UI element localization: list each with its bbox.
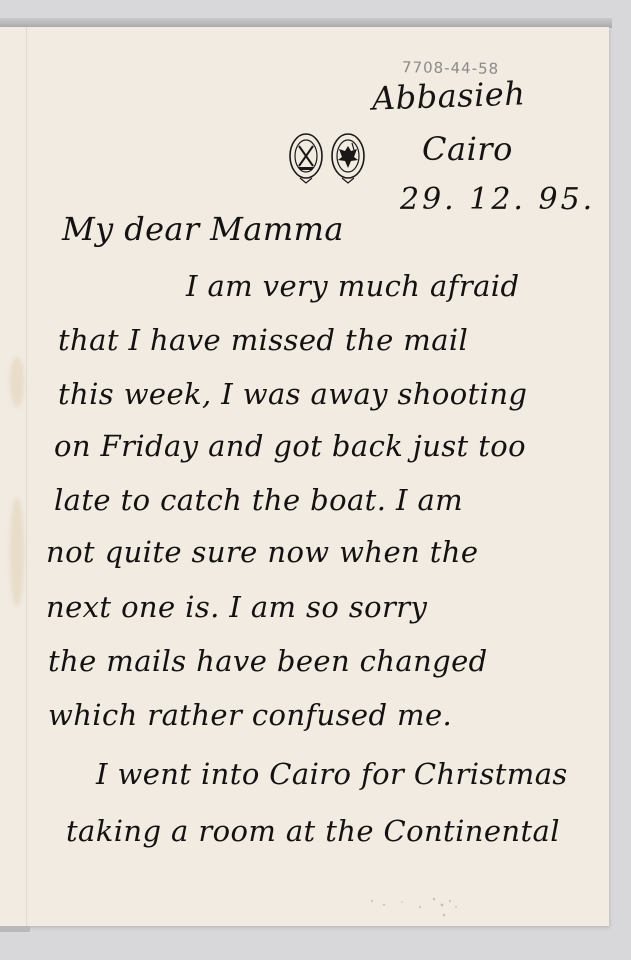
letter-date: 29. 12. 95. <box>400 182 595 217</box>
salutation: My dear Mamma <box>62 210 344 248</box>
eagle-crest-icon <box>330 130 366 186</box>
address-line-2: Cairo <box>422 130 513 168</box>
fold-crease <box>26 27 28 926</box>
crossed-swords-crest-icon <box>288 130 324 186</box>
body-line: which rather confused me. <box>48 698 452 732</box>
body-line: I went into Cairo for Christmas <box>96 757 568 791</box>
body-line: I am very much afraid <box>186 269 519 303</box>
crests <box>288 130 366 186</box>
body-line: the mails have been changed <box>48 644 488 678</box>
faint-stamp-mark <box>362 893 472 919</box>
body-line: this week, I was away shooting <box>58 377 527 411</box>
paper-stain <box>10 497 24 607</box>
paper-stain <box>10 357 24 407</box>
body-line: next one is. I am so sorry <box>46 590 427 624</box>
body-line: late to catch the boat. I am <box>54 483 463 517</box>
body-line: that I have missed the mail <box>58 323 468 357</box>
scan-bottom-shadow <box>0 926 30 932</box>
letter-page: 7708-44-58 Abbasieh Cairo 29. 12. 95. My… <box>0 27 609 926</box>
address-line-1: Abbasieh <box>371 74 526 117</box>
body-line: taking a room at the Continental <box>66 814 560 848</box>
body-line: not quite sure now when the <box>46 535 478 569</box>
body-line: on Friday and got back just too <box>54 429 526 463</box>
